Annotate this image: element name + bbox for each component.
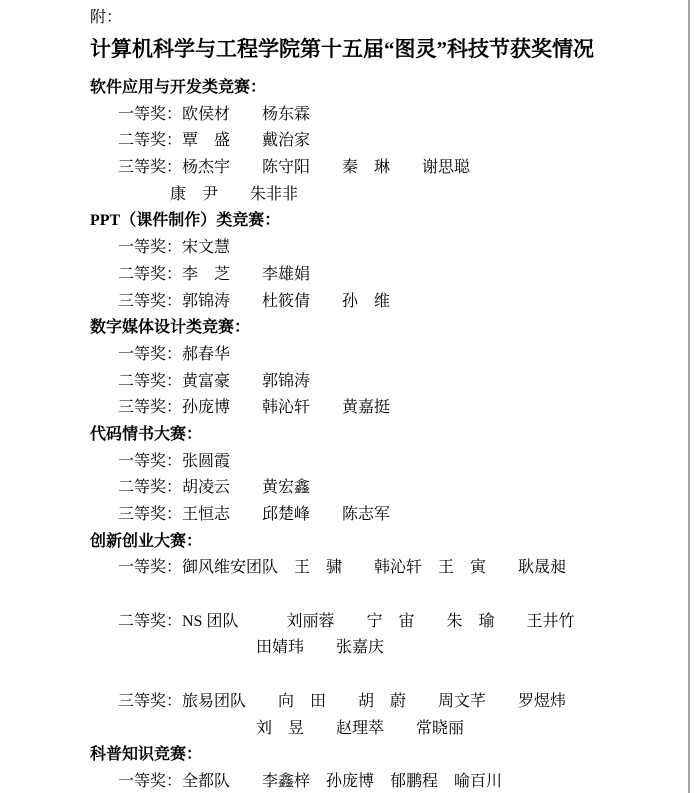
document-page: 附： 计算机科学与工程学院第十五届“图灵”科技节获奖情况 软件应用与开发类竞赛：… bbox=[0, 0, 694, 793]
attachment-label: 附： bbox=[90, 4, 684, 31]
section-heading: PPT（课件制作）类竞赛： bbox=[90, 208, 684, 235]
award-row-first-prize: 一等奖：郝春华 bbox=[90, 342, 684, 369]
section-ppt-courseware: PPT（课件制作）类竞赛： 一等奖：宋文慧 二等奖：李 芝 李雄娟 三等奖：郭锦… bbox=[90, 208, 684, 315]
section-heading: 数字媒体设计类竞赛： bbox=[90, 315, 684, 342]
award-row-third-prize: 三等奖：王恒志 邱楚峰 陈志军 bbox=[90, 502, 684, 529]
document-title: 计算机科学与工程学院第十五届“图灵”科技节获奖情况 bbox=[90, 31, 684, 67]
award-row-first-prize: 一等奖：欧侯材 杨东霖 bbox=[90, 102, 684, 129]
section-digital-media-design: 数字媒体设计类竞赛： 一等奖：郝春华 二等奖：黄富豪 郭锦涛 三等奖：孙庞博 韩… bbox=[90, 315, 684, 422]
award-row-second-prize: 二等奖：胡凌云 黄宏鑫 bbox=[90, 475, 684, 502]
section-heading: 创新创业大赛： bbox=[90, 529, 684, 556]
section-software-development: 软件应用与开发类竞赛： 一等奖：欧侯材 杨东霖 二等奖：覃 盛 戴治家 三等奖：… bbox=[90, 75, 684, 208]
award-row-continuation: 康 尹 朱非非 bbox=[90, 182, 684, 209]
award-row-third-prize: 三等奖：杨杰宇 陈守阳 秦 琳 谢思聪 bbox=[90, 155, 684, 182]
page-right-edge bbox=[688, 0, 690, 793]
blank-line bbox=[90, 582, 684, 609]
award-row-second-prize: 二等奖：李 芝 李雄娟 bbox=[90, 262, 684, 289]
section-innovation-entrepreneurship: 创新创业大赛： 一等奖：御风维安团队 王 骕 韩沁轩 王 寅 耿晟昶 二等奖：N… bbox=[90, 529, 684, 743]
section-heading: 科普知识竞赛： bbox=[90, 742, 684, 769]
award-row-first-prize: 一等奖：御风维安团队 王 骕 韩沁轩 王 寅 耿晟昶 bbox=[90, 555, 684, 582]
award-sections: 软件应用与开发类竞赛： 一等奖：欧侯材 杨东霖 二等奖：覃 盛 戴治家 三等奖：… bbox=[90, 75, 684, 793]
award-row-first-prize: 一等奖：宋文慧 bbox=[90, 235, 684, 262]
award-row-continuation: 刘 昱 赵理萃 常晓丽 bbox=[90, 716, 684, 743]
award-row-third-prize: 三等奖：旅易团队 向 田 胡 蔚 周文芊 罗煜炜 bbox=[90, 689, 684, 716]
award-row-second-prize: 二等奖：覃 盛 戴治家 bbox=[90, 128, 684, 155]
document-body: 附： 计算机科学与工程学院第十五届“图灵”科技节获奖情况 软件应用与开发类竞赛：… bbox=[90, 4, 684, 793]
section-heading: 代码情书大赛： bbox=[90, 422, 684, 449]
award-row-continuation: 田婧玮 张嘉庆 bbox=[90, 635, 684, 662]
award-row-third-prize: 三等奖：孙庞博 韩沁轩 黄嘉挺 bbox=[90, 395, 684, 422]
section-science-knowledge-quiz: 科普知识竞赛： 一等奖：全都队 李鑫梓 孙庞博 郁鹏程 喻百川 bbox=[90, 742, 684, 793]
award-row-first-prize: 一等奖：张圆霞 bbox=[90, 449, 684, 476]
blank-line bbox=[90, 662, 684, 689]
section-heading: 软件应用与开发类竞赛： bbox=[90, 75, 684, 102]
award-row-second-prize: 二等奖：黄富豪 郭锦涛 bbox=[90, 369, 684, 396]
award-row-third-prize: 三等奖：郭锦涛 杜筱倩 孙 维 bbox=[90, 289, 684, 316]
award-row-first-prize: 一等奖：全都队 李鑫梓 孙庞博 郁鹏程 喻百川 bbox=[90, 769, 684, 793]
award-row-second-prize: 二等奖：NS 团队 刘丽蓉 宁 宙 朱 瑜 王井竹 bbox=[90, 609, 684, 636]
section-code-love-letter: 代码情书大赛： 一等奖：张圆霞 二等奖：胡凌云 黄宏鑫 三等奖：王恒志 邱楚峰 … bbox=[90, 422, 684, 529]
